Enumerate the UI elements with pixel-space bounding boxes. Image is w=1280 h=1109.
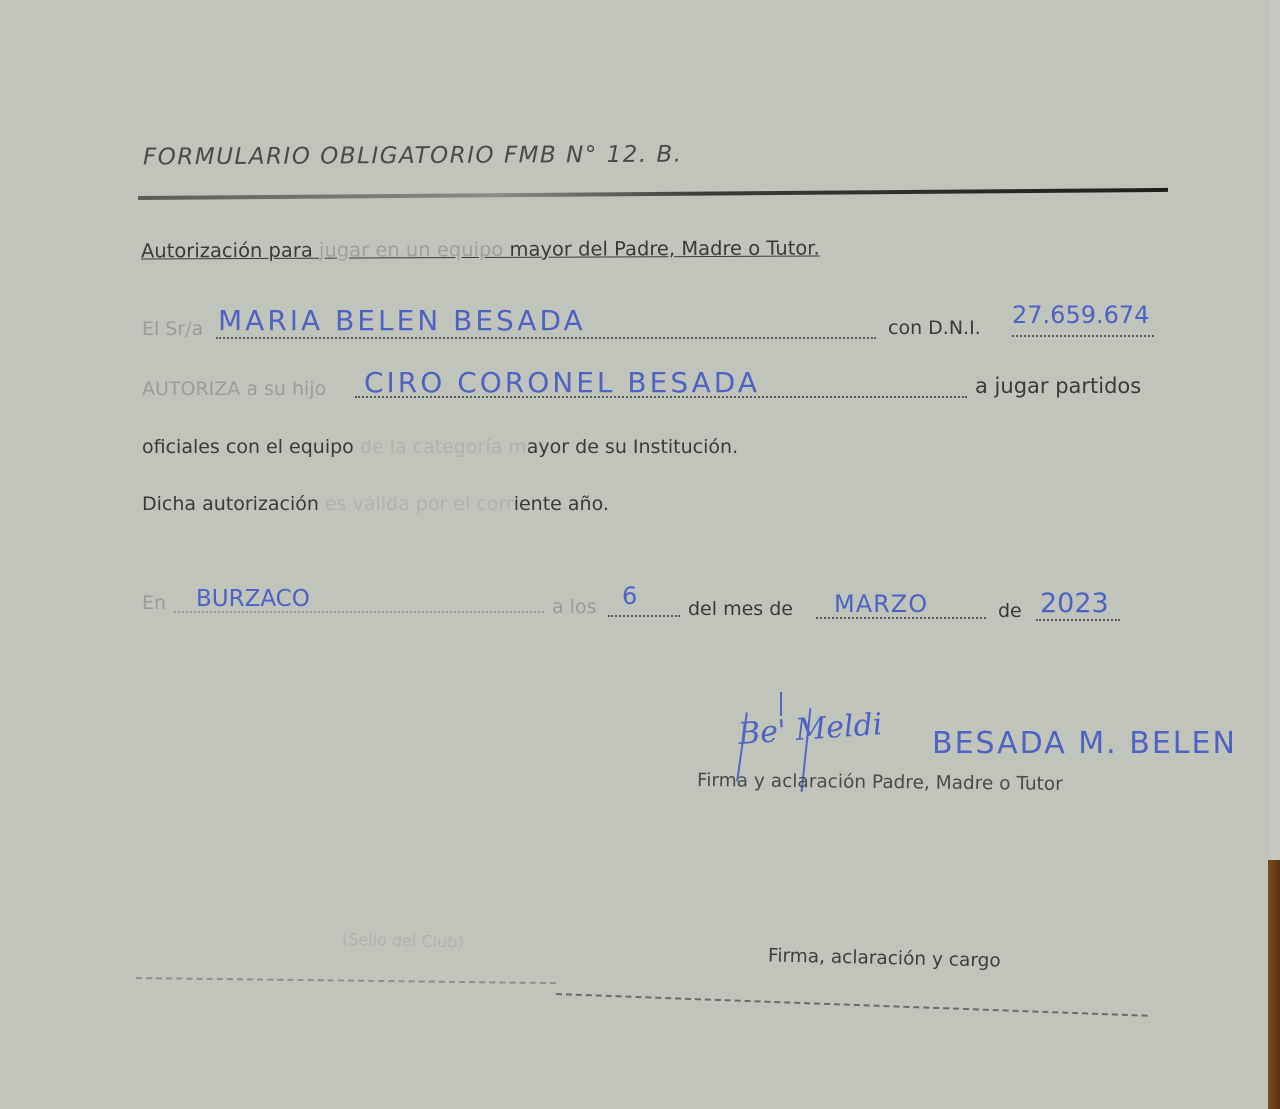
dni-dotted-line: [1012, 335, 1154, 337]
guardian-signature-caption: Firma y aclaración Padre, Madre o Tutor: [697, 770, 1063, 795]
authorizes-label: AUTORIZA a su hijo: [142, 378, 326, 400]
line4-part-3: iente año.: [514, 493, 609, 515]
day-label: a los: [552, 596, 597, 618]
official-signature-line: [556, 993, 1148, 1017]
dni-label: con D.N.I.: [888, 317, 981, 339]
line4-part-1: Dicha autorización: [142, 493, 325, 515]
play-matches-label: a jugar partidos: [975, 374, 1141, 398]
child-name-field[interactable]: CIRO CORONEL BESADA: [364, 366, 760, 399]
month-field[interactable]: MARZO: [834, 590, 928, 618]
line3-part-3: ayor de su Institución.: [527, 436, 738, 458]
day-field[interactable]: 6: [622, 582, 639, 610]
guardian-label: El Sr/a: [142, 318, 203, 340]
validity-text: Dicha autorización es válida por el corr…: [142, 493, 609, 515]
form-paper: FORMULARIO OBLIGATORIO FMB N° 12. B. Aut…: [0, 0, 1270, 1109]
signature-clarification: BESADA M. BELEN: [932, 726, 1237, 761]
subtitle-part-2: jugar en un equipo: [319, 238, 503, 262]
form-title: FORMULARIO OBLIGATORIO FMB N° 12. B.: [143, 142, 683, 171]
guardian-name-dotted-line: [216, 337, 876, 339]
line3-part-1: oficiales con el equipo: [142, 436, 360, 458]
form-subtitle: Autorización para jugar en un equipo may…: [141, 237, 820, 263]
table-edge: [1268, 860, 1280, 1109]
dni-field[interactable]: 27.659.674: [1012, 301, 1149, 329]
city-label: En: [142, 592, 166, 614]
official-matches-text: oficiales con el equipo de la categoría …: [142, 436, 738, 458]
year-label: de: [998, 600, 1022, 622]
line3-part-2: de la categoría m: [360, 436, 527, 458]
city-field[interactable]: BURZACO: [196, 586, 310, 612]
signature-stroke: [780, 692, 782, 716]
line4-part-2: es válida por el corr: [325, 493, 514, 515]
official-signature-label: Firma, aclaración y cargo: [768, 945, 1001, 971]
subtitle-part-1: Autorización para: [141, 239, 319, 263]
guardian-name-field[interactable]: MARIA BELEN BESADA: [218, 304, 586, 337]
month-label: del mes de: [688, 598, 793, 620]
year-field[interactable]: 2023: [1040, 588, 1109, 619]
title-divider: [138, 188, 1168, 200]
day-dotted-line: [608, 615, 680, 617]
year-dotted-line: [1036, 619, 1120, 621]
subtitle-part-3: mayor del Padre, Madre o Tutor.: [503, 237, 819, 261]
club-seal-line: [136, 977, 556, 984]
club-seal-label: (Sello del Club): [342, 929, 464, 951]
